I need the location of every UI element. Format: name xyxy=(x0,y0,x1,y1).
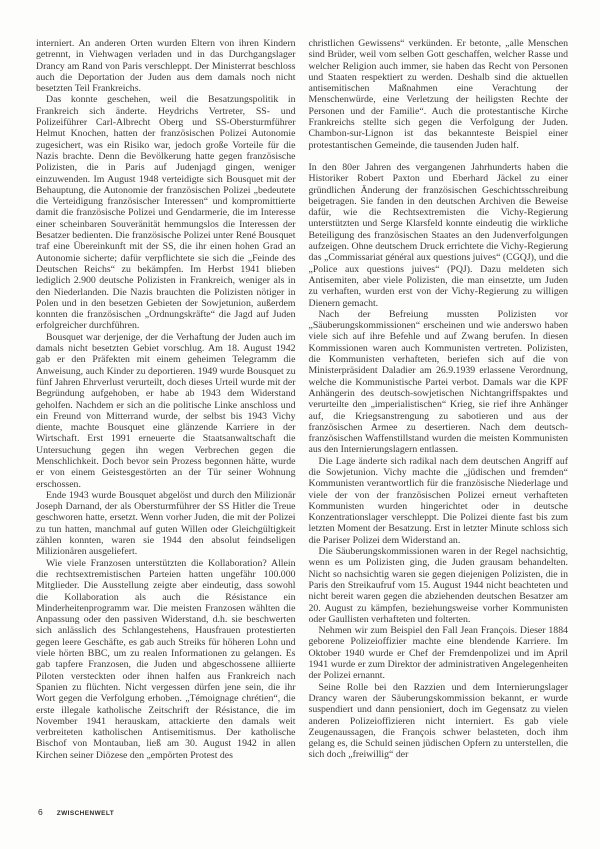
text-columns: interniert. An anderen Orten wurden Elte… xyxy=(36,38,568,761)
paragraph: Bousquet war derjenige, der die Verhaftu… xyxy=(36,332,296,490)
page-footer: 6 ZWISCHENWELT xyxy=(38,807,114,817)
paragraph: Das konnte geschehen, weil die Besatzung… xyxy=(36,94,296,331)
paragraph: interniert. An anderen Orten wurden Elte… xyxy=(36,38,296,94)
paragraph: In den 80er Jahren des vergangenen Jahrh… xyxy=(309,162,569,309)
paragraph: Ende 1943 wurde Bousquet abgelöst und du… xyxy=(36,490,296,558)
page-number: 6 xyxy=(38,807,43,817)
paragraph: Die Lage änderte sich radikal nach dem d… xyxy=(309,456,569,546)
left-column: interniert. An anderen Orten wurden Elte… xyxy=(36,38,296,761)
paragraph: Nehmen wir zum Beispiel den Fall Jean Fr… xyxy=(309,625,569,681)
paragraph: Nach der Befreiung mussten Polizisten vo… xyxy=(309,309,569,456)
journal-title: ZWISCHENWELT xyxy=(57,810,114,817)
paragraph: christlichen Gewissens“ verkünden. Er be… xyxy=(309,38,569,151)
paragraph: Die Säuberungskommissionen waren in der … xyxy=(309,546,569,625)
right-column: christlichen Gewissens“ verkünden. Er be… xyxy=(309,38,569,761)
document-page: interniert. An anderen Orten wurden Elte… xyxy=(0,0,600,849)
paragraph: Wie viele Franzosen unterstützten die Ko… xyxy=(36,558,296,761)
paragraph: Seine Rolle bei den Razzien und dem Inte… xyxy=(309,682,569,761)
